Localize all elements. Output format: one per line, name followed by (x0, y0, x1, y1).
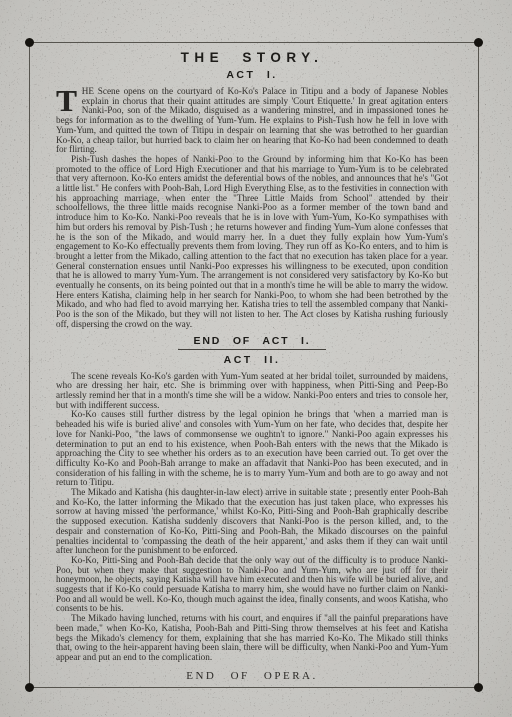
act1-heading: ACT I. (56, 69, 448, 81)
act1-paragraphs: Pish-Tush dashes the hopes of Nanki-Poo … (56, 155, 448, 330)
page-title: THE STORY. (56, 50, 448, 65)
corner-dot-bottom-right (474, 683, 483, 692)
story-paragraph: Ko-Ko, Pitti-Sing and Pooh-Bah decide th… (56, 556, 448, 614)
act-divider-rule (178, 349, 326, 350)
story-paragraph: Pish-Tush dashes the hopes of Nanki-Poo … (56, 155, 448, 330)
story-text-block: THE STORY. ACT I. THE Scene opens on the… (56, 48, 448, 682)
act1-lead-paragraph: THE Scene opens on the courtyard of Ko-K… (56, 87, 448, 155)
corner-dot-top-left (25, 38, 34, 47)
story-paragraph: Ko-Ko causes still further distress by t… (56, 410, 448, 488)
corner-dot-top-right (474, 38, 483, 47)
act2-paragraphs: The scene reveals Ko-Ko's garden with Yu… (56, 372, 448, 663)
story-paragraph: The scene reveals Ko-Ko's garden with Yu… (56, 372, 448, 411)
act2-heading: ACT II. (56, 354, 448, 366)
act1-end-heading: END OF ACT I. (56, 335, 448, 347)
story-paragraph: The Mikado and Katisha (his daughter-in-… (56, 488, 448, 556)
corner-dot-bottom-left (25, 683, 34, 692)
scanned-page: THE STORY. ACT I. THE Scene opens on the… (0, 0, 512, 717)
act1-lead-text: HE Scene opens on the courtyard of Ko-Ko… (56, 86, 448, 154)
end-of-opera-heading: END OF OPERA. (56, 670, 448, 682)
story-paragraph: The Mikado having lunched, returns with … (56, 614, 448, 663)
dropcap-initial: T (56, 87, 82, 114)
